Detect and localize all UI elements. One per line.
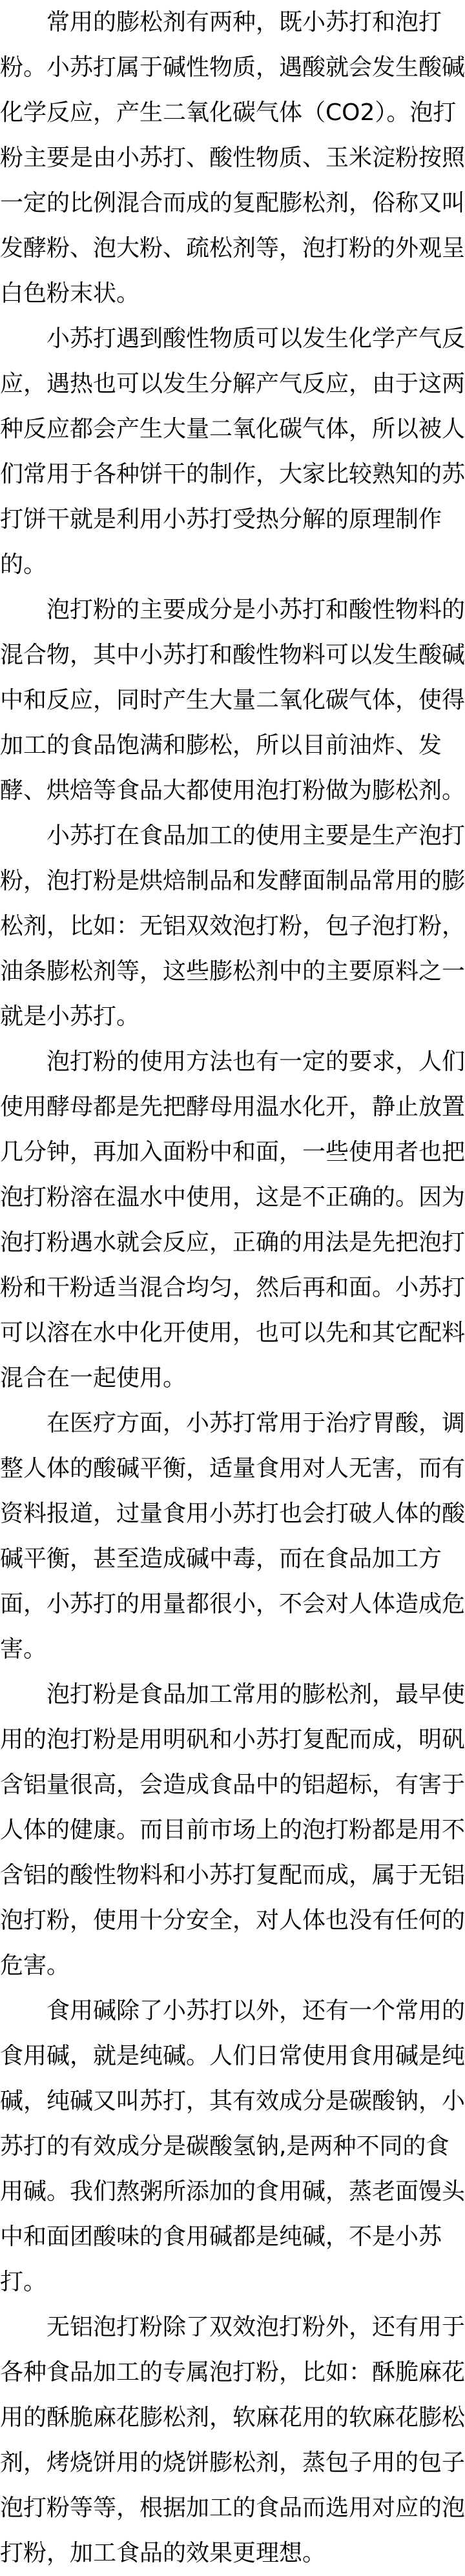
paragraph-line: 打饼干就是利用小苏打受热分解的原理制作 [0, 497, 465, 542]
paragraph-line: 粉主要是由小苏打、酸性物质、玉米淀粉按照 [0, 136, 465, 181]
article-paragraph: 常用的膨松剂有两种，既小苏打和泡打粉。小苏打属于碱性物质，遇酸就会发生酸碱化学反… [0, 0, 465, 316]
paragraph-line: 中和反应，同时产生大量二氧化碳气体，使得 [0, 678, 465, 723]
paragraph-line: 整人体的酸碱平衡，适量食用对人无害，而有 [0, 1446, 465, 1491]
paragraph-line: 用的酥脆麻花膨松剂，软麻花用的软麻花膨松 [0, 2395, 465, 2440]
paragraph-line: 泡打粉等等，根据加工的食品而选用对应的泡 [0, 2486, 465, 2531]
paragraph-line: 粉。小苏打属于碱性物质，遇酸就会发生酸碱 [0, 45, 465, 90]
paragraph-line: 粉，泡打粉是烘焙制品和发酵面制品常用的膨 [0, 859, 465, 904]
paragraph-first-line: 常用的膨松剂有两种，既小苏打和泡打 [0, 0, 465, 45]
paragraph-first-line: 泡打粉是食品加工常用的膨松剂，最早使 [0, 1672, 465, 1717]
paragraph-line: 碱，纯碱又叫苏打，其有效成分是碳酸钠，小 [0, 2079, 465, 2124]
paragraph-line: 面，小苏打的用量都很小，不会对人体造成危 [0, 1582, 465, 1627]
paragraph-line: 危害。 [0, 1943, 465, 1988]
paragraph-line: 一定的比例混合而成的复配膨松剂，俗称又叫 [0, 181, 465, 226]
paragraph-line: 害。 [0, 1627, 465, 1672]
paragraph-line: 化学反应，产生二氧化碳气体（CO2）。泡打 [0, 90, 465, 136]
paragraph-line: 应，遇热也可以发生分解产气反应，由于这两 [0, 362, 465, 407]
paragraph-first-line: 小苏打遇到酸性物质可以发生化学产气反 [0, 316, 465, 362]
paragraph-line: 就是小苏打。 [0, 994, 465, 1039]
paragraph-line: 人体的健康。而目前市场上的泡打粉都是用不 [0, 1808, 465, 1853]
paragraph-line: 打。 [0, 2260, 465, 2305]
article-paragraph: 食用碱除了小苏打以外，还有一个常用的食用碱，就是纯碱。人们日常使用食用碱是纯碱，… [0, 1988, 465, 2305]
article-paragraph: 泡打粉是食品加工常用的膨松剂，最早使用的泡打粉是用明矾和小苏打复配而成，明矾含铝… [0, 1672, 465, 1988]
article-body: 常用的膨松剂有两种，既小苏打和泡打粉。小苏打属于碱性物质，遇酸就会发生酸碱化学反… [0, 0, 465, 2576]
paragraph-line: 资料报道，过量食用小苏打也会打破人体的酸 [0, 1491, 465, 1537]
article-paragraph: 在医疗方面，小苏打常用于治疗胃酸，调整人体的酸碱平衡，适量食用对人无害，而有资料… [0, 1401, 465, 1672]
paragraph-line: 苏打的有效成分是碳酸氢钠,是两种不同的食 [0, 2124, 465, 2169]
paragraph-first-line: 食用碱除了小苏打以外，还有一个常用的 [0, 1988, 465, 2034]
paragraph-line: 用的泡打粉是用明矾和小苏打复配而成，明矾 [0, 1717, 465, 1763]
paragraph-line: 可以溶在水中化开使用，也可以先和其它配料 [0, 1311, 465, 1356]
paragraph-first-line: 小苏打在食品加工的使用主要是生产泡打 [0, 813, 465, 859]
paragraph-line: 各种食品加工的专属泡打粉，比如：酥脆麻花 [0, 2350, 465, 2395]
article-paragraph: 小苏打在食品加工的使用主要是生产泡打粉，泡打粉是烘焙制品和发酵面制品常用的膨松剂… [0, 813, 465, 1039]
paragraph-first-line: 无铝泡打粉除了双效泡打粉外，还有用于 [0, 2305, 465, 2350]
paragraph-first-line: 在医疗方面，小苏打常用于治疗胃酸，调 [0, 1401, 465, 1446]
paragraph-first-line: 泡打粉的主要成分是小苏打和酸性物料的 [0, 588, 465, 633]
paragraph-line: 剂，烤烧饼用的烧饼膨松剂，蒸包子用的包子 [0, 2440, 465, 2486]
paragraph-line: 油条膨松剂等，这些膨松剂中的主要原料之一 [0, 949, 465, 994]
paragraph-line: 几分钟，再加入面粉中和面，一些使用者也把 [0, 1130, 465, 1175]
paragraph-line: 种反应都会产生大量二氧化碳气体，所以被人 [0, 407, 465, 452]
paragraph-line: 含铝的酸性物料和小苏打复配而成，属于无铝 [0, 1853, 465, 1898]
paragraph-line: 使用酵母都是先把酵母用温水化开，静止放置 [0, 1085, 465, 1130]
paragraph-line: 泡打粉溶在温水中使用，这是不正确的。因为 [0, 1175, 465, 1220]
paragraph-line: 混合在一起使用。 [0, 1356, 465, 1401]
paragraph-line: 混合物，其中小苏打和酸性物料可以发生酸碱 [0, 633, 465, 678]
paragraph-line: 松剂，比如：无铝双效泡打粉，包子泡打粉， [0, 904, 465, 949]
paragraph-line: 白色粉末状。 [0, 271, 465, 316]
paragraph-line: 酵、烘焙等食品大都使用泡打粉做为膨松剂。 [0, 768, 465, 813]
paragraph-line: 中和面团酸味的食用碱都是纯碱，不是小苏 [0, 2214, 465, 2260]
paragraph-line: 加工的食品饱满和膨松，所以目前油炸、发 [0, 723, 465, 768]
paragraph-first-line: 泡打粉的使用方法也有一定的要求，人们 [0, 1039, 465, 1085]
paragraph-line: 含铝量很高，会造成食品中的铝超标，有害于 [0, 1763, 465, 1808]
paragraph-line: 食用碱，就是纯碱。人们日常使用食用碱是纯 [0, 2034, 465, 2079]
paragraph-line: 粉和干粉适当混合均匀，然后再和面。小苏打 [0, 1265, 465, 1311]
paragraph-line: 用碱。我们熬粥所添加的食用碱，蒸老面馒头 [0, 2169, 465, 2214]
paragraph-line: 们常用于各种饼干的制作，大家比较熟知的苏 [0, 452, 465, 497]
paragraph-line: 泡打粉，使用十分安全，对人体也没有任何的 [0, 1898, 465, 1943]
article-paragraph: 泡打粉的主要成分是小苏打和酸性物料的混合物，其中小苏打和酸性物料可以发生酸碱中和… [0, 588, 465, 813]
paragraph-line: 的。 [0, 542, 465, 588]
paragraph-line: 碱平衡，甚至造成碱中毒，而在食品加工方 [0, 1537, 465, 1582]
article-paragraph: 泡打粉的使用方法也有一定的要求，人们使用酵母都是先把酵母用温水化开，静止放置几分… [0, 1039, 465, 1401]
article-paragraph: 无铝泡打粉除了双效泡打粉外，还有用于各种食品加工的专属泡打粉，比如：酥脆麻花用的… [0, 2305, 465, 2576]
paragraph-line: 泡打粉遇水就会反应，正确的用法是先把泡打 [0, 1220, 465, 1265]
article-paragraph: 小苏打遇到酸性物质可以发生化学产气反应，遇热也可以发生分解产气反应，由于这两种反… [0, 316, 465, 588]
paragraph-line: 发酵粉、泡大粉、疏松剂等，泡打粉的外观呈 [0, 226, 465, 271]
paragraph-line: 打粉，加工食品的效果更理想。 [0, 2531, 465, 2576]
